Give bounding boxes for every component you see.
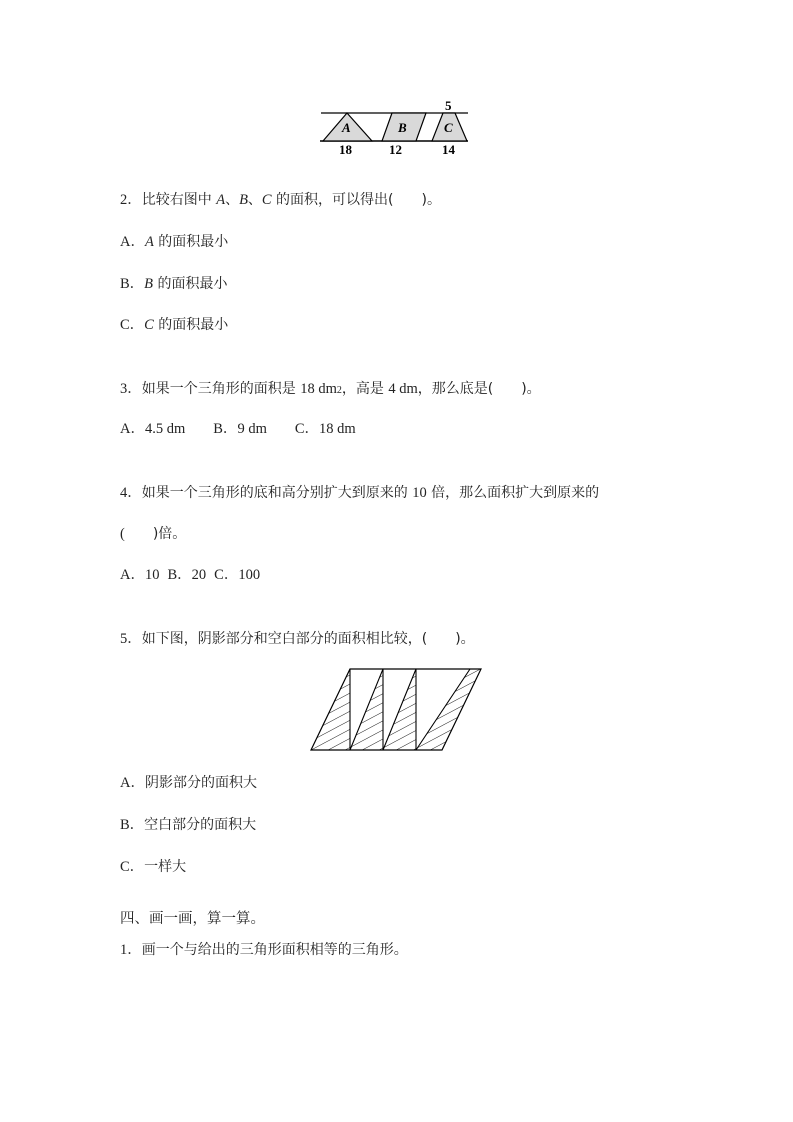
option-text: 一样大	[144, 859, 186, 875]
option-text: 的面积最小	[154, 317, 228, 333]
option-label: B．	[167, 567, 191, 583]
option-text: 4.5 dm	[145, 421, 185, 437]
q4-option-c[interactable]: C．100	[214, 567, 260, 583]
question-2: 2．比较右图中 A、B、C 的面积，可以得出()。	[120, 190, 441, 210]
question-text: ，高是	[342, 381, 388, 397]
option-variable: B	[144, 276, 153, 292]
question-number: 3．	[120, 381, 142, 397]
option-label: B．	[120, 817, 144, 833]
question-text: 比较右图中	[142, 192, 216, 208]
q5-option-c[interactable]: C．一样大	[120, 857, 186, 877]
shape-a-letter: A	[341, 120, 351, 135]
option-label: C．	[120, 317, 144, 333]
option-text: 9 dm	[237, 421, 266, 437]
option-variable: C	[144, 317, 154, 333]
q5-option-b[interactable]: B．空白部分的面积大	[120, 815, 256, 835]
option-text: 的面积最小	[153, 276, 227, 292]
option-text: 100	[238, 567, 260, 583]
q2-option-b[interactable]: B．B 的面积最小	[120, 274, 227, 294]
option-label: C．	[295, 421, 319, 437]
question-4: 4．如果一个三角形的底和高分别扩大到原来的 10 倍，那么面积扩大到原来的	[120, 483, 599, 503]
option-label: A．	[120, 775, 145, 791]
q2-option-a[interactable]: A．A 的面积最小	[120, 232, 228, 252]
hatched-parallelogram-figure	[0, 660, 793, 760]
shape-b-letter: B	[397, 120, 407, 135]
question-text: ，那么底是(	[418, 381, 493, 397]
q3-option-a[interactable]: A．4.5 dm	[120, 421, 185, 437]
shape-c-base-label: 14	[442, 142, 456, 157]
question-text: 如果一个三角形的面积是	[142, 381, 300, 397]
section-4-heading: 四、画一画，算一算。	[120, 909, 265, 929]
q2-option-c[interactable]: C．C 的面积最小	[120, 315, 228, 335]
separator: 、	[225, 192, 239, 208]
q3-option-c[interactable]: C．18 dm	[295, 421, 356, 437]
question-number: 2．	[120, 192, 142, 208]
shape-c-letter: C	[444, 120, 453, 135]
separator: 、	[248, 192, 262, 208]
option-label: C．	[214, 567, 238, 583]
question-text: 倍，那么面积扩大到原来的	[427, 485, 599, 501]
variable-c: C	[262, 192, 272, 208]
question-5: 5．如下图，阴影部分和空白部分的面积相比较，()。	[120, 629, 475, 649]
option-label: B．	[120, 276, 144, 292]
option-label: A．	[120, 567, 145, 583]
q4-options: A．10B．20C．100	[120, 565, 260, 585]
height-value: 4 dm	[388, 381, 417, 397]
option-text: 10	[145, 567, 160, 583]
question-number: 4．	[120, 485, 142, 501]
question-3: 3．如果一个三角形的面积是 18 dm2，高是 4 dm，那么底是()。	[120, 379, 541, 401]
option-variable: A	[145, 234, 154, 250]
factor-value: 10	[412, 485, 427, 501]
shape-a-base-label: 18	[339, 142, 353, 157]
variable-a: A	[216, 192, 225, 208]
q3-options: A．4.5 dmB．9 dmC．18 dm	[120, 419, 356, 439]
question-number: 1．	[120, 942, 142, 958]
shape-c-top-label: 5	[445, 98, 452, 113]
question-text: 如下图，阴影部分和空白部分的面积相比较，(	[142, 631, 427, 647]
option-text: 18 dm	[319, 421, 356, 437]
option-label: A．	[120, 421, 145, 437]
option-label: B．	[213, 421, 237, 437]
variable-b: B	[239, 192, 248, 208]
question-text: )倍。	[153, 526, 186, 542]
q4-option-b[interactable]: B．20	[167, 567, 206, 583]
question-number: 5．	[120, 631, 142, 647]
question-text: )。	[521, 381, 540, 397]
option-label: A．	[120, 234, 145, 250]
question-text: 如果一个三角形的底和高分别扩大到原来的	[142, 485, 412, 501]
option-label: C．	[120, 859, 144, 875]
option-text: 阴影部分的面积大	[145, 775, 257, 791]
question-text: 画一个与给出的三角形面积相等的三角形。	[142, 942, 408, 958]
question-text: )。	[422, 192, 441, 208]
q5-option-a[interactable]: A．阴影部分的面积大	[120, 773, 257, 793]
area-value: 18 dm	[300, 381, 337, 397]
figure-abc-shapes: A B C 18 12 14 5	[0, 0, 793, 170]
shape-b-base-label: 12	[389, 142, 402, 157]
option-text: 空白部分的面积大	[144, 817, 256, 833]
question-text: 的面积，可以得出(	[272, 192, 394, 208]
option-text: 20	[192, 567, 207, 583]
section-4-question-1: 1．画一个与给出的三角形面积相等的三角形。	[120, 940, 408, 960]
question-text: (	[120, 526, 125, 542]
option-text: 的面积最小	[154, 234, 228, 250]
question-text: )。	[455, 631, 474, 647]
question-4-line-2: ()倍。	[120, 524, 186, 544]
q3-option-b[interactable]: B．9 dm	[213, 421, 267, 437]
q4-option-a[interactable]: A．10	[120, 567, 159, 583]
